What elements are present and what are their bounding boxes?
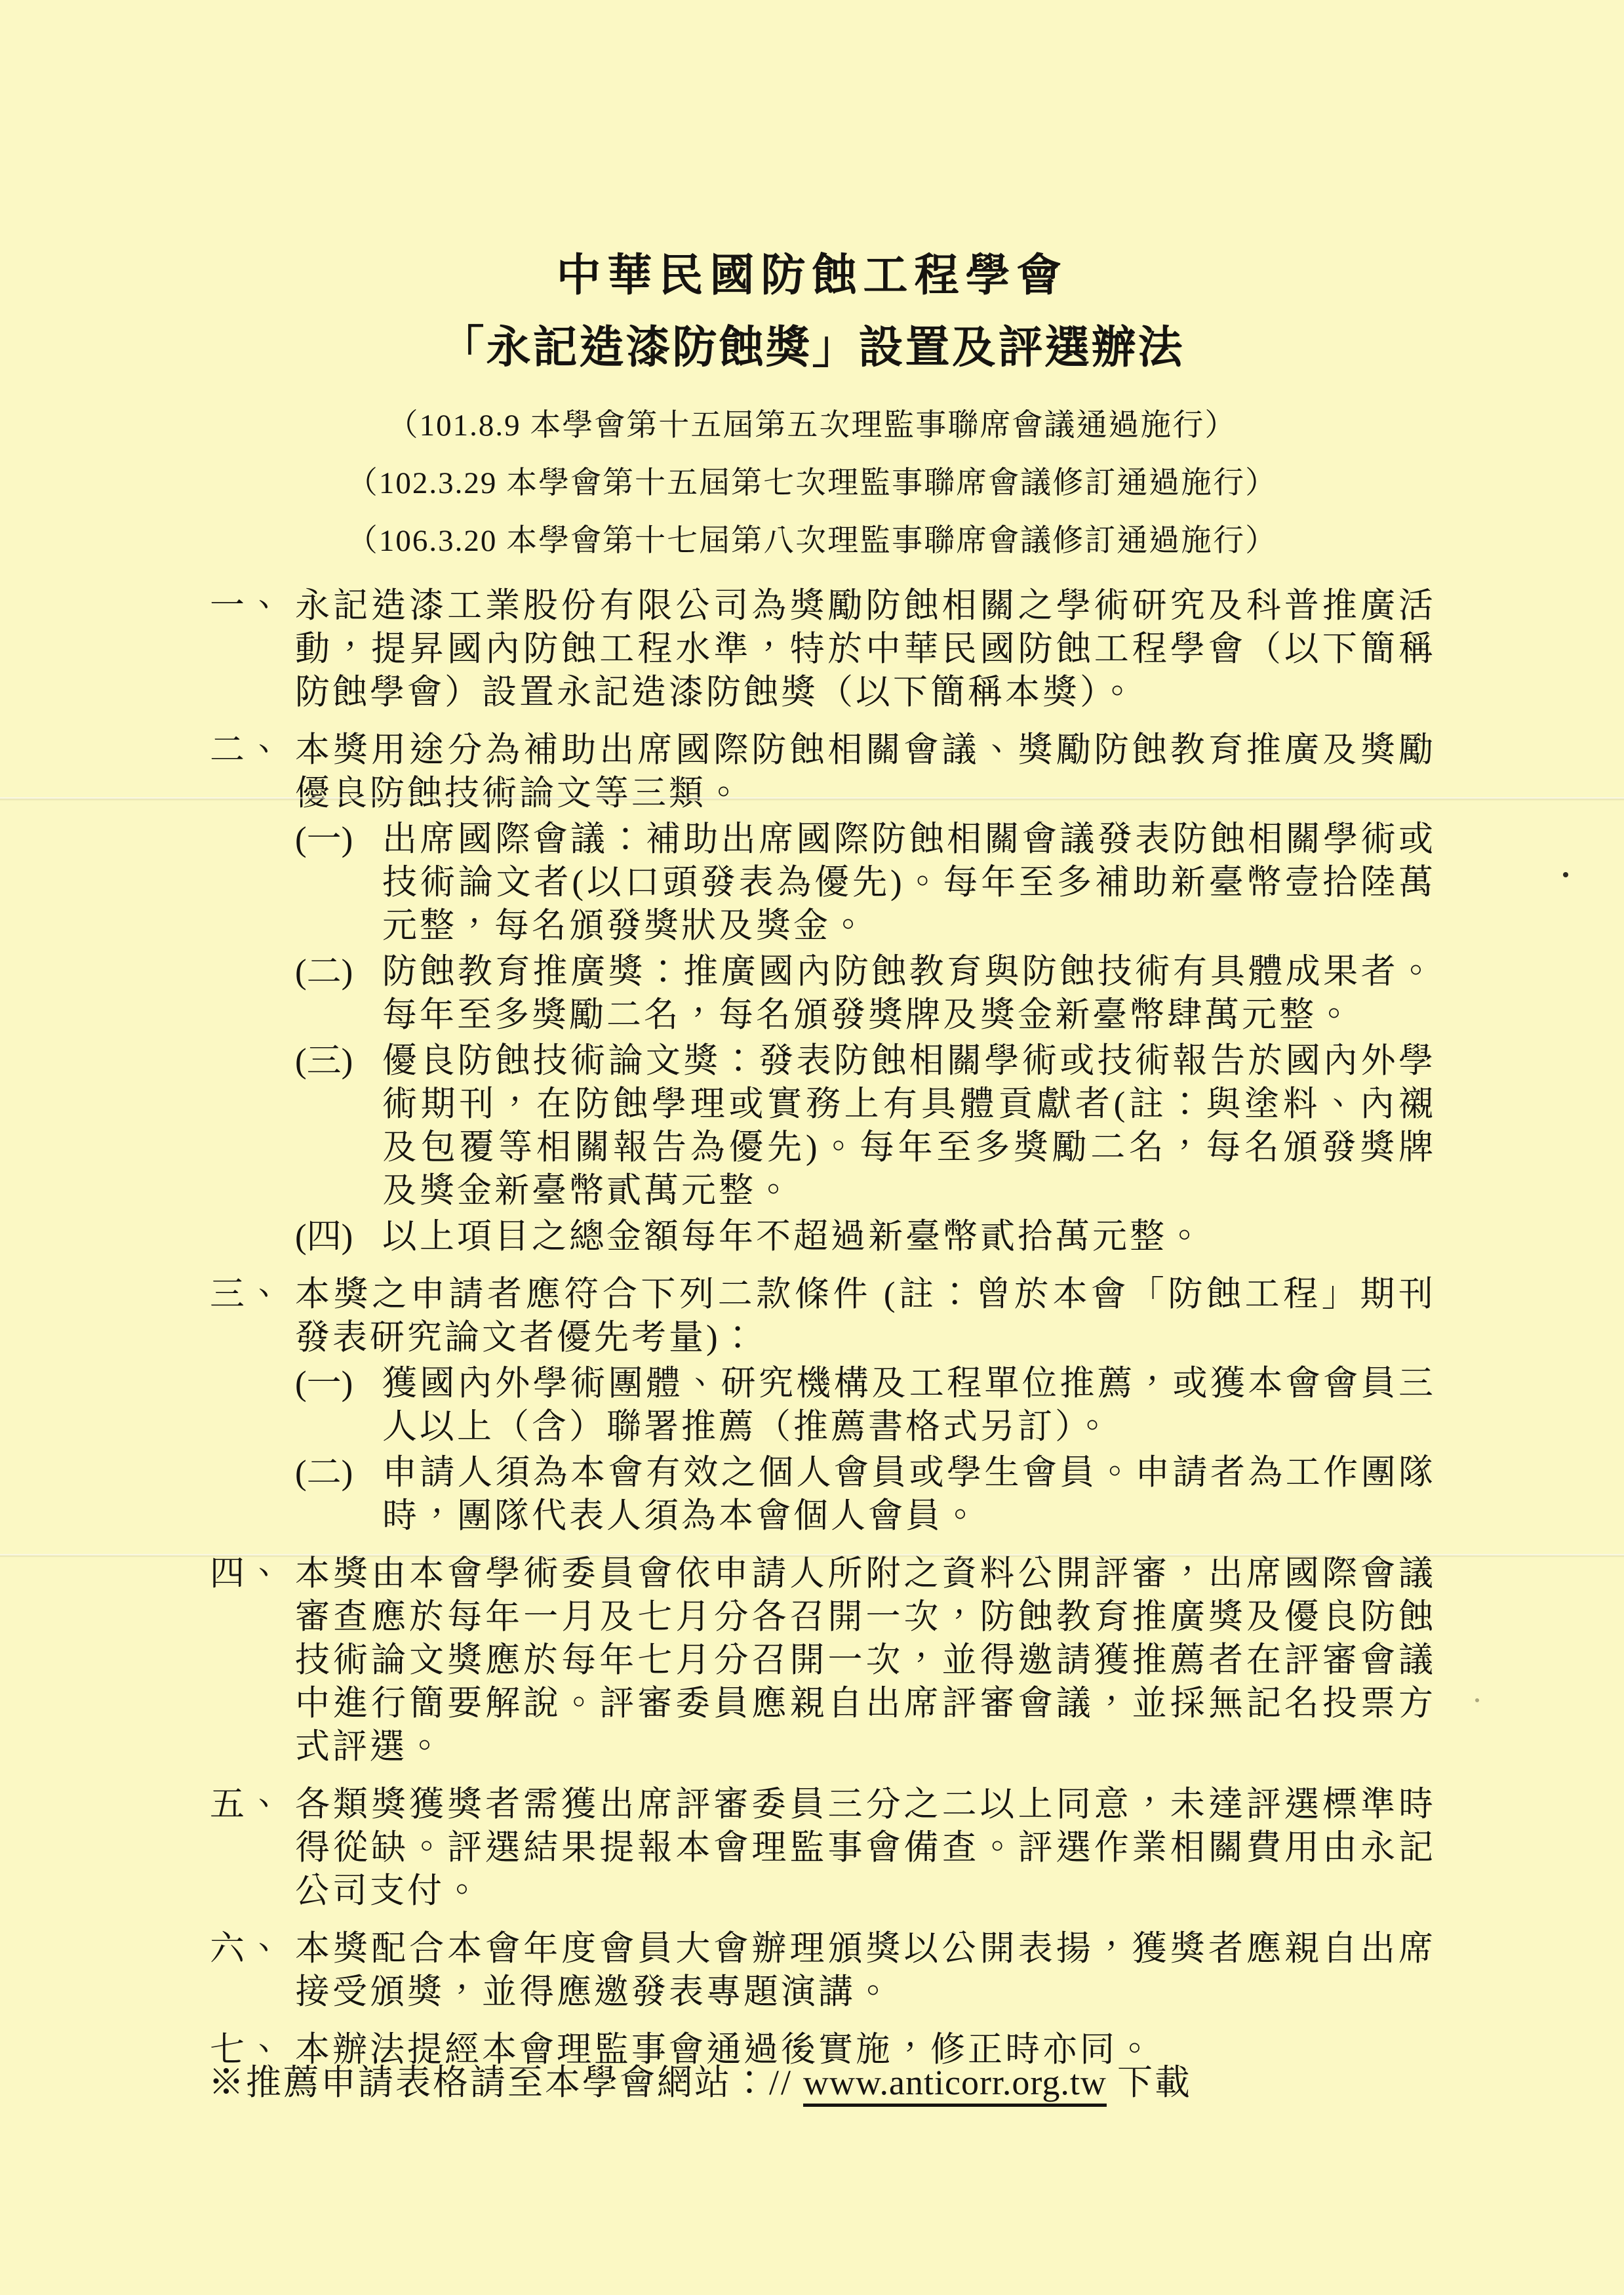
subitem-2-1: (一) 出席國際會議：補助出席國際防蝕相關會議發表防蝕相關學術或技術論文者(以口… xyxy=(295,818,1436,948)
revision-note: （106.3.20 本學會第十七屆第八次理監事聯席會議修訂通過施行） xyxy=(0,512,1624,570)
website-link[interactable]: www.anticorr.org.tw xyxy=(803,2063,1107,2102)
article-text: 永記造漆工業股份有限公司為獎勵防蝕相關之學術研究及科普推廣活動，提昇國內防蝕工程… xyxy=(295,584,1436,714)
article-text: 本獎之申請者應符合下列二款條件 (註：曾於本會「防蝕工程」期刊發表研究論文者優先… xyxy=(295,1273,1436,1359)
subitem-3-1: (一) 獲國內外學術團體、研究機構及工程單位推薦，或獲本會會員三人以上（含）聯署… xyxy=(295,1362,1436,1448)
paper-speck xyxy=(1563,872,1568,877)
footer-suffix-text: 下載 xyxy=(1117,2063,1192,2102)
article-number: 四、 xyxy=(210,1552,295,1595)
article-text: 本獎由本會學術委員會依申請人所附之資料公開評審，出席國際會議審查應於每年一月及七… xyxy=(295,1552,1436,1768)
subitem-text: 以上項目之總金額每年不超過新臺幣貳拾萬元整。 xyxy=(382,1215,1204,1258)
subitem-number: (三) xyxy=(295,1039,382,1083)
footer-prefix-text: ※推薦申請表格請至本學會網站：// xyxy=(208,2063,793,2102)
subitem-3-2: (二) 申請人須為本會有效之個人會員或學生會員。申請者為工作團隊時，團隊代表人須… xyxy=(295,1451,1436,1538)
article-number: 五、 xyxy=(210,1783,295,1826)
revision-note: （101.8.9 本學會第十五屆第五次理監事聯席會議通過施行） xyxy=(0,397,1624,454)
subitem-text: 優良防蝕技術論文獎：發表防蝕相關學術或技術報告於國內外學術期刊，在防蝕學理或實務… xyxy=(382,1039,1436,1212)
article-number: 三、 xyxy=(210,1273,295,1316)
subitem-text: 防蝕教育推廣獎：推廣國內防蝕教育與防蝕技術有具體成果者。每年至多獎勵二名，每名頒… xyxy=(382,950,1436,1037)
paper-speck xyxy=(1475,1698,1479,1702)
subitem-text: 出席國際會議：補助出席國際防蝕相關會議發表防蝕相關學術或技術論文者(以口頭發表為… xyxy=(382,818,1436,948)
article-text: 本獎配合本會年度會員大會辦理頒獎以公開表揚，獲獎者應親自出席接受頒獎，並得應邀發… xyxy=(295,1927,1436,2014)
subitem-2-3: (三) 優良防蝕技術論文獎：發表防蝕相關學術或技術報告於國內外學術期刊，在防蝕學… xyxy=(295,1039,1436,1212)
revision-history: （101.8.9 本學會第十五屆第五次理監事聯席會議通過施行） （102.3.2… xyxy=(0,397,1624,570)
article-6: 六、 本獎配合本會年度會員大會辦理頒獎以公開表揚，獲獎者應親自出席接受頒獎，並得… xyxy=(210,1927,1436,2014)
subitem-text: 獲國內外學術團體、研究機構及工程單位推薦，或獲本會會員三人以上（含）聯署推薦（推… xyxy=(382,1362,1436,1448)
subitem-number: (一) xyxy=(295,818,382,861)
subitem-number: (二) xyxy=(295,950,382,993)
subitem-text: 申請人須為本會有效之個人會員或學生會員。申請者為工作團隊時，團隊代表人須為本會個… xyxy=(382,1451,1436,1538)
article-5: 五、 各類獎獲獎者需獲出席評審委員三分之二以上同意，未達評選標準時得從缺。評選結… xyxy=(210,1783,1436,1913)
document-title: 「永記造漆防蝕獎」設置及評選辦法 xyxy=(0,318,1624,377)
article-3: 三、 本獎之申請者應符合下列二款條件 (註：曾於本會「防蝕工程」期刊發表研究論文… xyxy=(210,1273,1436,1538)
document-body: 一、 永記造漆工業股份有限公司為獎勵防蝕相關之學術研究及科普推廣活動，提昇國內防… xyxy=(210,584,1436,2071)
scanned-document-page: 中華民國防蝕工程學會 「永記造漆防蝕獎」設置及評選辦法 （101.8.9 本學會… xyxy=(0,0,1624,2295)
article-4: 四、 本獎由本會學術委員會依申請人所附之資料公開評審，出席國際會議審查應於每年一… xyxy=(210,1552,1436,1768)
subitem-2-4: (四) 以上項目之總金額每年不超過新臺幣貳拾萬元整。 xyxy=(295,1215,1436,1258)
article-text: 各類獎獲獎者需獲出席評審委員三分之二以上同意，未達評選標準時得從缺。評選結果提報… xyxy=(295,1783,1436,1913)
article-number: 二、 xyxy=(210,728,295,772)
revision-note: （102.3.29 本學會第十五屆第七次理監事聯席會議修訂通過施行） xyxy=(0,454,1624,512)
subitem-number: (四) xyxy=(295,1215,382,1258)
document-header: 中華民國防蝕工程學會 「永記造漆防蝕獎」設置及評選辦法 （101.8.9 本學會… xyxy=(0,0,1624,570)
article-number: 六、 xyxy=(210,1927,295,1970)
association-name: 中華民國防蝕工程學會 xyxy=(0,246,1624,305)
article-2: 二、 本獎用途分為補助出席國際防蝕相關會議、獎勵防蝕教育推廣及獎勵優良防蝕技術論… xyxy=(210,728,1436,1258)
article-text: 本獎用途分為補助出席國際防蝕相關會議、獎勵防蝕教育推廣及獎勵優良防蝕技術論文等三… xyxy=(295,728,1436,815)
article-number: 一、 xyxy=(210,584,295,628)
footer-note: ※推薦申請表格請至本學會網站：//www.anticorr.org.tw下載 xyxy=(208,2056,1192,2109)
subitem-number: (二) xyxy=(295,1451,382,1494)
article-1: 一、 永記造漆工業股份有限公司為獎勵防蝕相關之學術研究及科普推廣活動，提昇國內防… xyxy=(210,584,1436,714)
subitem-2-2: (二) 防蝕教育推廣獎：推廣國內防蝕教育與防蝕技術有具體成果者。每年至多獎勵二名… xyxy=(295,950,1436,1037)
subitem-number: (一) xyxy=(295,1362,382,1405)
